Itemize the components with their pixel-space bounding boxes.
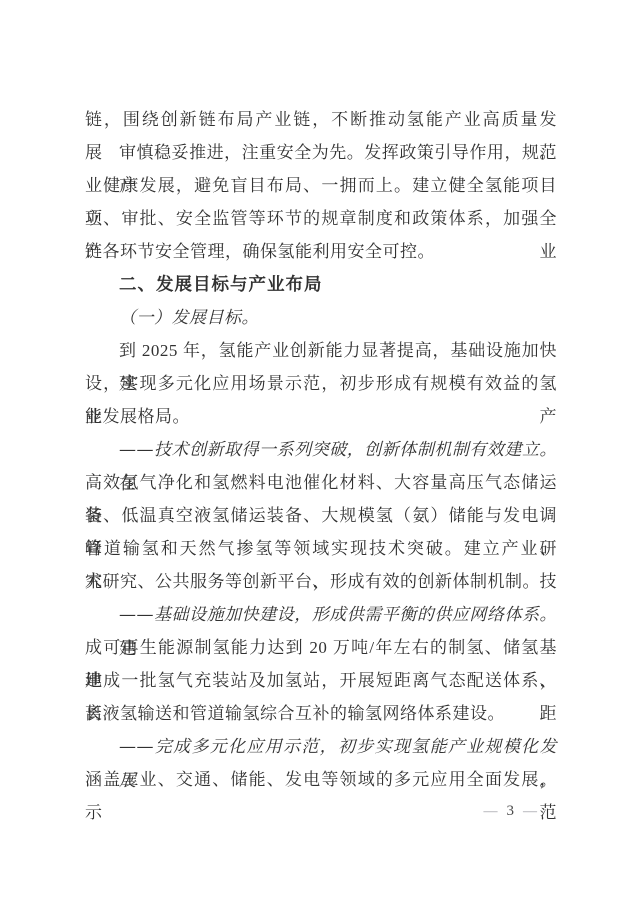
page-number-dash-left: — bbox=[475, 804, 507, 819]
text-segment: 二、发展目标与产业布局 bbox=[119, 274, 323, 294]
document-page: 链，围绕创新链布局产业链，不断推动氢能产业高质量发展。审慎稳妥推进，注重安全为先… bbox=[0, 0, 640, 905]
text-segment: 链各环节安全管理，确保氢能利用安全可控。 bbox=[85, 242, 435, 261]
text-line: 链，围绕创新链布局产业链，不断推动氢能产业高质量发展。 bbox=[85, 103, 557, 136]
page-number-dash-right: — bbox=[514, 804, 546, 819]
text-line: 业健康发展，避免盲目布局、一拥而上。建立健全氢能项目立 bbox=[85, 169, 557, 202]
text-line: 成可再生能源制氢能力达到 20 万吨/年左右的制氢、储氢基地， bbox=[85, 631, 557, 664]
text-line: 项、审批、安全监管等环节的规章制度和政策体系，加强全产业 bbox=[85, 202, 557, 235]
page-number: —3— bbox=[475, 800, 547, 823]
text-line: 涵盖工业、交通、储能、发电等领域的多元应用全面发展，示范 bbox=[85, 763, 557, 796]
text-line: 设，实现多元化应用场景示范，初步形成有规模有效益的氢能产 bbox=[85, 367, 557, 400]
text-segment: ——技术创新取得一系列突破，创新体制机制有效建立。 bbox=[119, 440, 557, 460]
text-segment: 业发展格局。 bbox=[85, 407, 190, 426]
text-line: ——技术创新取得一系列突破，创新体制机制有效建立。在 bbox=[85, 433, 557, 466]
text-line: 管道输氢和天然气掺氢等领域实现技术突破。建立产业研究、技 bbox=[85, 532, 557, 565]
text-line: 备、低温真空液氢储运装备、大规模氢（氨）储能与发电调峰、 bbox=[85, 499, 557, 532]
text-segment: ——基础设施加快建设，形成供需平衡的供应网络体系。 bbox=[119, 605, 557, 625]
text-line: 高效氢气净化和氢燃料电池催化材料、大容量高压气态储运装 bbox=[85, 466, 557, 499]
text-line: 离液氢输送和管道输氢综合互补的输氢网络体系建设。 bbox=[85, 697, 557, 730]
text-line: 术研究、公共服务等创新平台，形成有效的创新体制机制。 bbox=[85, 565, 557, 598]
text-segment: 离液氢输送和管道输氢综合互补的输氢网络体系建设。 bbox=[85, 704, 505, 723]
text-line: 二、发展目标与产业布局 bbox=[85, 268, 557, 301]
text-segment: 术研究、公共服务等创新平台，形成有效的创新体制机制。 bbox=[85, 572, 540, 591]
text-line: ——基础设施加快建设，形成供需平衡的供应网络体系。建 bbox=[85, 598, 557, 631]
text-line: ——完成多元化应用示范，初步实现氢能产业规模化发展。 bbox=[85, 730, 557, 763]
body-text: 链，围绕创新链布局产业链，不断推动氢能产业高质量发展。审慎稳妥推进，注重安全为先… bbox=[85, 103, 557, 796]
page-number-value: 3 bbox=[507, 803, 515, 819]
text-segment: （一）发展目标。 bbox=[119, 308, 259, 328]
text-line: 建成一批氢气充装站及加氢站，开展短距离气态配送体系、长距 bbox=[85, 664, 557, 697]
text-line: 审慎稳妥推进，注重安全为先。发挥政策引导作用，规范产 bbox=[85, 136, 557, 169]
text-line: （一）发展目标。 bbox=[85, 301, 557, 334]
text-line: 到 2025 年，氢能产业创新能力显著提高，基础设施加快建 bbox=[85, 334, 557, 367]
